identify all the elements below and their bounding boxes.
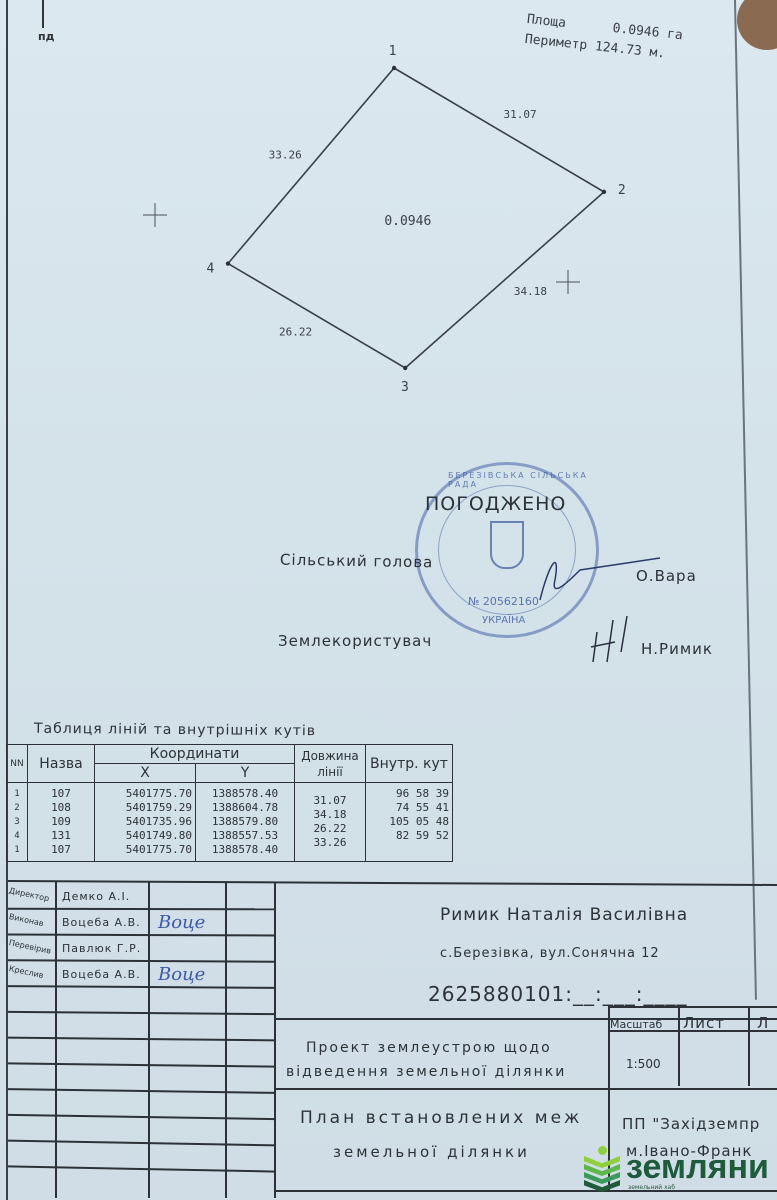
stamp-country: УКРАЇНА [482,615,525,626]
svg-text:3: 3 [401,380,409,395]
stamp-top-text: БЕРЕЗІВСЬКА СІЛЬСЬКА РАДА [448,471,596,489]
owner-address: с.Березівка, вул.Сонячна 12 [440,946,660,961]
staff-role: Виконав [8,912,44,928]
title-grid-row [8,1037,276,1042]
col-angle: Внутр. кут [366,745,453,783]
x-cell: 5401775.705401759.295401735.965401749.80… [95,783,196,862]
staff-name: Воцеба А.В. [62,916,141,929]
svg-text:34.18: 34.18 [514,285,547,298]
title-grid-row [8,1062,276,1067]
y-cell: 1388578.401388604.781388579.801388557.53… [196,783,295,862]
logo-tagline: земельний хаб [628,1184,675,1191]
sheets-label: Л [757,1014,768,1032]
staff-role: Креслив [8,964,44,980]
svg-text:1: 1 [389,44,397,59]
sheet-label: Лист [683,1014,725,1032]
logo-brand: земляни [626,1150,769,1184]
scale-label: Масштаб [610,1018,662,1031]
staff-role: Директор [8,886,50,903]
trident-icon [490,521,524,569]
svg-text:26.22: 26.22 [279,325,312,338]
title-block-top-border [8,880,777,886]
title-grid-row [8,934,276,937]
parcel-plot: 123431.0734.1826.2233.260.0946 [0,0,777,420]
staff-name: Воцеба А.В. [62,968,141,981]
title-block-vert-sheet [678,1006,680,1086]
project-title-line2: відведення земельної ділянки [286,1064,566,1080]
title-grid-row [8,985,276,989]
watermark-logo: земляни земельний хаб [584,1146,769,1188]
svg-text:0.0946: 0.0946 [384,214,431,229]
angle-cell: 96 58 3974 55 41105 05 4882 59 52 [366,783,453,862]
svg-text:4: 4 [207,261,215,276]
cadastral-number: 2625880101:__:___:____ [428,982,687,1006]
col-x: X [95,764,196,783]
col-nn: NN [7,745,28,783]
title-block-divider-2 [274,1088,777,1090]
logo-chevrons-icon [584,1146,620,1188]
plan-title-line1: План встановлених меж [300,1108,582,1128]
owner-name: Римик Наталія Василівна [440,905,688,925]
coordinates-table: NN Назва Координати Довжина лінії Внутр.… [6,744,453,862]
staff-name: Демко А.І. [62,890,130,903]
svg-text:2: 2 [618,183,626,198]
cadastral-plan-sheet: пд Площа 0.0946 га Периметр 124.73 м. 12… [0,0,777,1200]
village-head-label: Сільський голова [280,551,434,572]
title-grid-row [8,1011,276,1015]
staff-name: Павлюк Г.Р. [62,942,141,955]
coordinates-table-title: Таблиця ліній та внутрішніх кутів [34,721,316,739]
length-cell: 31.0734.1826.2233.26 [295,783,366,862]
title-grid-row [8,1114,276,1120]
col-y: Y [196,764,295,783]
staff-signature: Воце [158,912,205,933]
title-grid-row [8,908,276,910]
name-cell: 107108109131107 [28,783,95,862]
land-user-label: Землекористувач [278,632,432,650]
user-signature [585,612,635,672]
title-grid-row [8,1140,276,1147]
plan-title-line2: земельної ділянки [333,1143,530,1161]
col-name: Назва [28,745,95,783]
approval-title: ПОГОДЖЕНО [425,493,566,515]
svg-text:33.26: 33.26 [269,149,302,162]
title-grid-v1 [55,882,57,1198]
staff-signature: Воце [158,964,205,985]
title-block-bottom [274,1190,777,1192]
col-coords: Координати [95,745,295,764]
col-length: Довжина лінії [295,745,366,783]
project-title-line1: Проект землеустрою щодо [306,1040,552,1056]
title-grid-row [8,1165,276,1172]
title-block-sheet-top [608,1006,777,1008]
land-user-name: Н.Римик [641,640,713,658]
title-block-vert-sheets [748,1006,750,1086]
svg-text:31.07: 31.07 [503,108,536,121]
staff-role: Перевірив [8,938,52,956]
head-signature [520,540,670,610]
organization-line1: ПП "Західземпр [622,1115,760,1133]
title-grid-row [8,1088,276,1094]
nn-cell: 12341 [7,783,28,862]
title-grid-row [8,959,276,962]
scale-value: 1:500 [626,1057,661,1071]
